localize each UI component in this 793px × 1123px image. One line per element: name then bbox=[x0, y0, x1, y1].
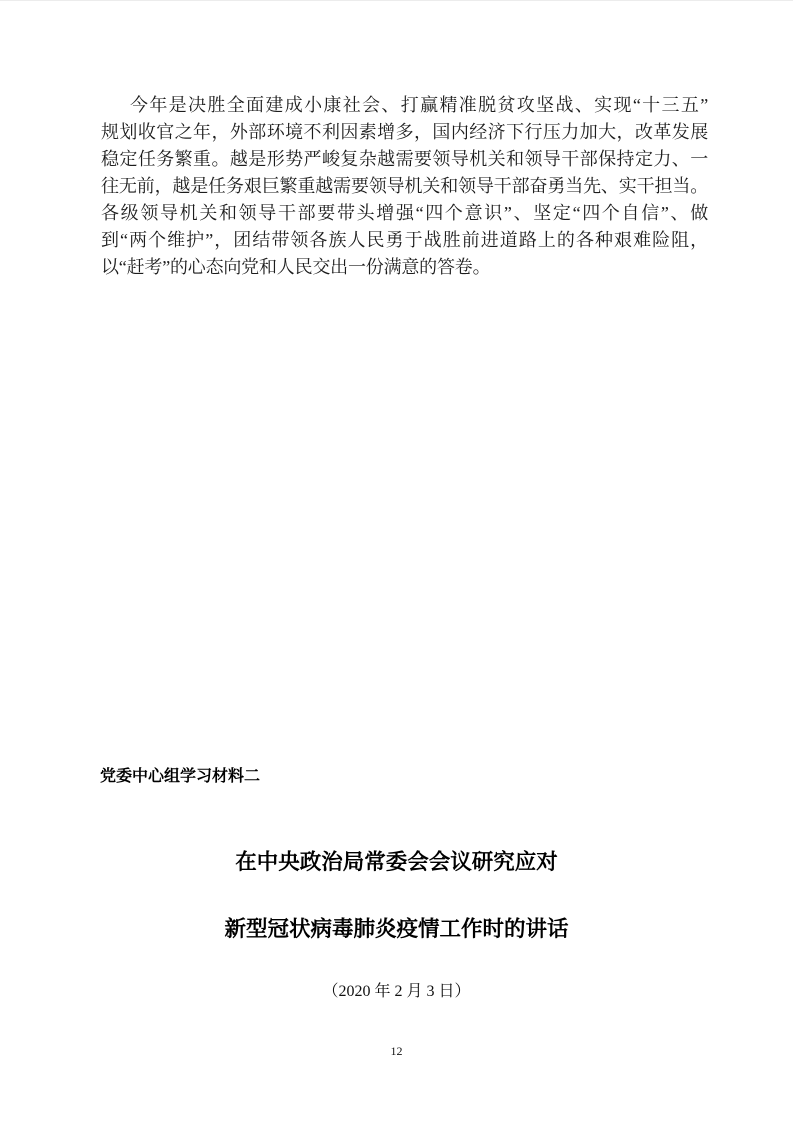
paragraph-line: 以“赶考”的心态向党和人民交出一份满意的答卷。 bbox=[101, 254, 708, 281]
material-label: 党委中心组学习材料二 bbox=[100, 765, 260, 789]
paragraph-line: 今年是决胜全面建成小康社会、打赢精准脱贫攻坚战、实现“十三五” bbox=[101, 92, 708, 119]
page-number: 12 bbox=[0, 1043, 793, 1059]
paragraph-line: 规划收官之年，外部环境不利因素增多，国内经济下行压力加大，改革发展 bbox=[101, 119, 708, 146]
paragraph-line: 往无前，越是任务艰巨繁重越需要领导机关和领导干部奋勇当先、实干担当。 bbox=[101, 173, 708, 200]
paragraph-line: 到“两个维护”，团结带领各族人民勇于战胜前进道路上的各种艰难险阻， bbox=[101, 227, 708, 254]
document-page: 今年是决胜全面建成小康社会、打赢精准脱贫攻坚战、实现“十三五”规划收官之年，外部… bbox=[0, 0, 793, 1123]
date-line: （2020 年 2 月 3 日） bbox=[0, 980, 793, 1004]
paragraph-line: 各级领导机关和领导干部要带头增强“四个意识”、坚定“四个自信”、做 bbox=[101, 200, 708, 227]
document-title-line1: 在中央政治局常委会会议研究应对 bbox=[0, 847, 793, 877]
document-title-line2: 新型冠状病毒肺炎疫情工作时的讲话 bbox=[0, 914, 793, 944]
body-paragraph: 今年是决胜全面建成小康社会、打赢精准脱贫攻坚战、实现“十三五”规划收官之年，外部… bbox=[101, 92, 708, 281]
paragraph-line: 稳定任务繁重。越是形势严峻复杂越需要领导机关和领导干部保持定力、一 bbox=[101, 146, 708, 173]
